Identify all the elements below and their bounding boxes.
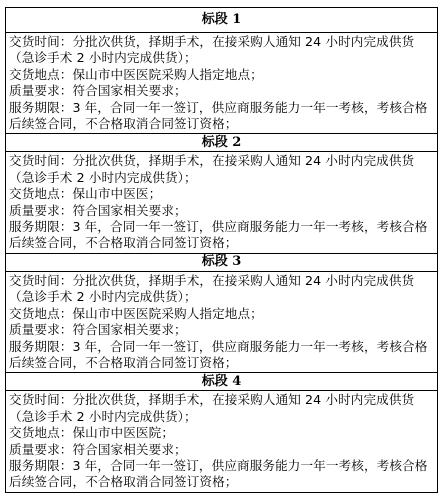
- lot-2-delivery-place: 交货地点：保山市中医医；: [9, 186, 435, 202]
- lot-3-quality: 质量要求：符合国家相关要求；: [9, 322, 435, 338]
- lot-4-details: 交货时间：分批次供货，择期手术，在接采购人通知 24 小时内完成供货（急诊手术 …: [6, 391, 438, 492]
- lot-3-details: 交货时间：分批次供货，择期手术，在接采购人通知 24 小时内完成供货（急诊手术 …: [6, 271, 438, 372]
- lot-3-title: 标段 3: [6, 253, 438, 271]
- lot-3-body-row: 交货时间：分批次供货，择期手术，在接采购人通知 24 小时内完成供货（急诊手术 …: [6, 271, 438, 372]
- lot-2-header-row: 标段 2: [6, 134, 438, 152]
- lot-4-title: 标段 4: [6, 373, 438, 391]
- lot-2-service-period: 服务期限：3 年，合同一年一签订，供应商服务能力一年一考核，考核合格后续签合同，…: [9, 219, 435, 252]
- lot-3-delivery-place: 交货地点：保山市中医医院采购人指定地点；: [9, 306, 435, 322]
- lot-4-service-period: 服务期限：3 年，合同一年一签订，供应商服务能力一年一考核，考核合格后续签合同，…: [9, 458, 435, 491]
- lot-3-header-row: 标段 3: [6, 253, 438, 271]
- lots-table: 标段 1 交货时间：分批次供货，择期手术，在接采购人通知 24 小时内完成供货（…: [5, 7, 438, 493]
- lot-4-quality: 质量要求：符合国家相关要求；: [9, 442, 435, 458]
- lot-3-service-period: 服务期限：3 年，合同一年一签订，供应商服务能力一年一考核，考核合格后续签合同，…: [9, 339, 435, 372]
- lot-4-header-row: 标段 4: [6, 373, 438, 391]
- lot-1-details: 交货时间：分批次供货，择期手术，在接采购人通知 24 小时内完成供货（急诊手术 …: [6, 33, 438, 134]
- lot-4-delivery-place: 交货地点：保山市中医医院；: [9, 425, 435, 441]
- lot-2-quality: 质量要求：符合国家相关要求；: [9, 203, 435, 219]
- lot-1-header-row: 标段 1: [6, 8, 438, 33]
- lot-1-delivery-place: 交货地点：保山市中医医院采购人指定地点；: [9, 67, 435, 83]
- lot-1-body-row: 交货时间：分批次供货，择期手术，在接采购人通知 24 小时内完成供货（急诊手术 …: [6, 33, 438, 134]
- lot-1-quality: 质量要求：符合国家相关要求；: [9, 83, 435, 99]
- lot-2-delivery-time: 交货时间：分批次供货，择期手术，在接采购人通知 24 小时内完成供货（急诊手术 …: [9, 153, 435, 186]
- lot-1-delivery-time: 交货时间：分批次供货，择期手术，在接采购人通知 24 小时内完成供货（急诊手术 …: [9, 34, 435, 67]
- lot-4-delivery-time: 交货时间：分批次供货，择期手术，在接采购人通知 24 小时内完成供货（急诊手术 …: [9, 392, 435, 425]
- lot-3-delivery-time: 交货时间：分批次供货，择期手术，在接采购人通知 24 小时内完成供货（急诊手术 …: [9, 273, 435, 306]
- lots-document: 标段 1 交货时间：分批次供货，择期手术，在接采购人通知 24 小时内完成供货（…: [5, 7, 438, 493]
- lot-2-body-row: 交货时间：分批次供货，择期手术，在接采购人通知 24 小时内完成供货（急诊手术 …: [6, 152, 438, 253]
- lot-4-body-row: 交货时间：分批次供货，择期手术，在接采购人通知 24 小时内完成供货（急诊手术 …: [6, 391, 438, 492]
- lot-2-details: 交货时间：分批次供货，择期手术，在接采购人通知 24 小时内完成供货（急诊手术 …: [6, 152, 438, 253]
- lot-1-title: 标段 1: [6, 8, 438, 33]
- lot-2-title: 标段 2: [6, 134, 438, 152]
- lot-1-service-period: 服务期限：3 年，合同一年一签订，供应商服务能力一年一考核，考核合格后续签合同，…: [9, 100, 435, 133]
